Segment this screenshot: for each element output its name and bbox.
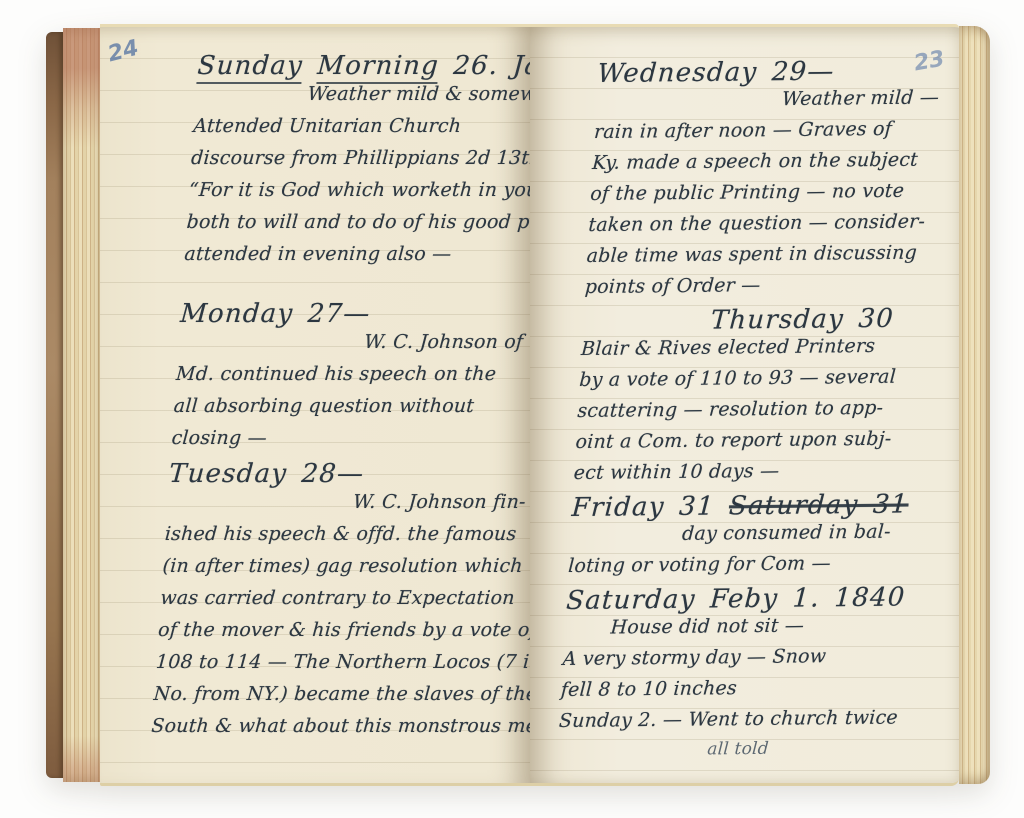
handwriting-line: fell 8 to 10 inches [559,675,957,710]
handwriting-line: “For it is God which worketh in you [187,179,565,211]
right-page-edges [959,26,990,784]
handwriting-line: of the public Printing — no vote [589,179,959,214]
left-page-handwriting: Sunday Morning 26. JanyWeather mild & so… [150,51,574,747]
handwriting-line: No. from NY.) became the slaves of the [152,683,530,715]
handwriting-line: Wednesday 29— [596,55,959,90]
handwriting-line: Tuesday 28— [168,459,546,491]
handwriting-line: able time was spent in discussing [585,241,959,276]
handwriting-line: House did not sit — [609,613,959,648]
handwriting-line: was carried contrary to Expectation [159,587,537,619]
handwriting-line: Blair & Rives elected Printers [579,334,959,369]
handwriting-line: taken on the question — consider- [587,210,959,245]
handwriting-line: both to will and to do of his good pleas… [185,211,563,243]
handwriting-line: attended in evening also — [183,243,561,275]
handwriting-line: all absorbing question without [172,395,550,427]
handwriting-line: scattering — resolution to app- [576,396,959,431]
handwriting-line: Md. continued his speech on the [175,363,553,395]
right-page-handwriting: Wednesday 29—Weather mild —rain in after… [556,55,960,772]
handwriting-line: discourse from Phillippians 2d 13th [190,147,568,179]
handwriting-line: day consumed in bal- [680,520,959,554]
right-page: 23 Wednesday 29—Weather mild —rain in af… [530,27,960,783]
left-cover-edge [46,32,63,778]
handwriting-line: closing — [170,427,548,459]
handwriting-line [181,275,558,299]
handwriting-line: loting or voting for Com — [567,551,959,586]
handwriting-line: W. C. Johnson of [363,331,555,363]
handwriting-line: Friday 31 Saturday 31 [570,489,959,524]
photo-background: 24 Sunday Morning 26. JanyWeather mild &… [0,0,1024,818]
handwriting-line: South & what about this monstrous measur… [150,715,528,747]
handwriting-line: ect within 10 days — [572,458,959,493]
handwriting-line: ished his speech & offd. the famous [163,523,541,555]
handwriting-line: Attended Unitarian Church [192,115,570,147]
handwriting-line: rain in after noon — Graves of [592,117,959,152]
handwriting-line: Weather mild — [780,86,959,119]
handwriting-line: Sunday 2. — Went to church twice [557,706,955,741]
handwriting-line: Sunday Morning 26. Jany [196,51,574,83]
handwriting-line: Thursday 30 [709,303,959,337]
handwriting-line: of the mover & his friends by a vote of [157,619,535,651]
open-pages: 24 Sunday Morning 26. JanyWeather mild &… [100,24,959,786]
left-page: 24 Sunday Morning 26. JanyWeather mild &… [100,27,530,783]
handwriting-line: W. C. Johnson fin- [352,491,544,523]
handwriting-line: points of Order — [583,272,959,307]
handwriting-line: 108 to 114 — The Northern Locos (7 in [154,651,532,683]
handwriting-line: (in after times) gag resolution which [161,555,539,587]
pencil-page-number-left: 24 [105,36,141,68]
handwriting-line: Saturday Feby 1. 1840 [565,582,959,617]
handwriting-line: oint a Com. to report upon subj- [574,427,959,462]
handwriting-line: Ky. made a speech on the subject [591,148,959,183]
handwriting-line: all told [706,737,954,771]
left-page-edges [63,28,100,782]
diary-book: 24 Sunday Morning 26. JanyWeather mild &… [46,24,990,786]
handwriting-line: by a vote of 110 to 93 — several [578,365,959,400]
handwriting-line: A very stormy day — Snow [561,644,959,679]
handwriting-line: Monday 27— [179,299,557,331]
